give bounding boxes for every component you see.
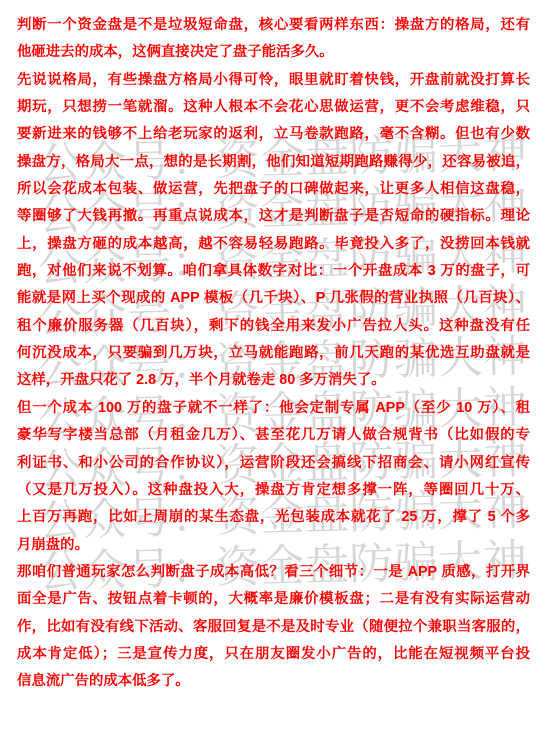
text-line: 操盘方，格局大一点，想的是长期割，他们知道短期跑路赚得少，还容易被追， [17, 149, 530, 176]
text-line: 等圈够了大钱再撤。再重点说成本，这才是判断盘子是否短命的硬指标。理论 [17, 203, 530, 230]
text-line: 要新进来的钱够不上给老玩家的返利，立马卷款跑路，毫不含糊。但也有少数 [17, 121, 530, 148]
text-line: 成本肯定低）；三是宣传力度，只在朋友圈发小广告的，比能在短视频平台投 [17, 641, 530, 668]
text-line: 那咱们普通玩家怎么判断盘子成本高低？看三个细节：一是 APP 质感，打开界 [17, 559, 530, 586]
text-line: 跑，对他们来说不划算。咱们拿具体数字对比：一个开盘成本 3 万的盘子，可 [17, 258, 530, 285]
text-line: 能就是网上买个现成的 APP 模板（几千块）、P 几张假的营业执照（几百块）、 [17, 285, 530, 312]
text-line: 租个廉价服务器（几百块），剩下的钱全用来发小广告拉人头。这种盘没有任 [17, 313, 530, 340]
text-line: 但一个成本 100 万的盘子就不一样了：他会定制专属 APP（至少 10 万）、… [17, 395, 530, 422]
text-line: （又是几万投入）。这种盘投入大，操盘方肯定想多撑一阵，等圈回几十万、 [17, 477, 530, 504]
text-line: 先说说格局，有些操盘方格局小得可怜，眼里就盯着快钱，开盘前就没打算长 [17, 67, 530, 94]
text-line: 上百万再跑，比如上周崩的某生态盘，光包装成本就花了 25 万，撑了 5 个多 [17, 504, 530, 531]
text-line: 这样，开盘只花了 2.8 万，半个月就卷走 80 多万消失了。 [17, 367, 530, 394]
article-body: 判断一个资金盘是不是垃圾短命盘，核心要看两样东西：操盘方的格局，还有 他砸进去的… [17, 12, 530, 696]
document-page: 公众号：资金盘防骗大神 公众号：资金盘防骗大神 公众号：资金盘防骗大神 公众号：… [0, 0, 546, 731]
text-line: 面全是广告、按钮点着卡顿的，大概率是廉价模板盘；二是有没有实际运营动 [17, 586, 530, 613]
text-line: 豪华写字楼当总部（月租金几万）、甚至花几万请人做合规背书（比如假的专 [17, 422, 530, 449]
text-line: 信息流广告的成本低多了。 [17, 668, 530, 695]
text-line: 作，比如有没有线下活动、客服回复是不是及时专业（随便拉个兼职当客服的， [17, 614, 530, 641]
text-line: 何沉没成本，只要骗到几万块，立马就能跑路，前几天跑的某优选互助盘就是 [17, 340, 530, 367]
text-line: 月崩盘的。 [17, 532, 530, 559]
text-line: 所以会花成本包装、做运营，先把盘子的口碑做起来，让更多人相信这盘稳， [17, 176, 530, 203]
text-line: 他砸进去的成本，这俩直接决定了盘子能活多久。 [17, 39, 530, 66]
text-line: 上，操盘方砸的成本越高，越不容易轻易跑路。毕竟投入多了，没捞回本钱就 [17, 231, 530, 258]
text-line: 利证书、和小公司的合作协议），运营阶段还会搞线下招商会、请小网红宣传 [17, 450, 530, 477]
text-line: 期玩，只想捞一笔就溜。这种人根本不会花心思做运营，更不会考虑维稳，只 [17, 94, 530, 121]
text-line: 判断一个资金盘是不是垃圾短命盘，核心要看两样东西：操盘方的格局，还有 [17, 12, 530, 39]
